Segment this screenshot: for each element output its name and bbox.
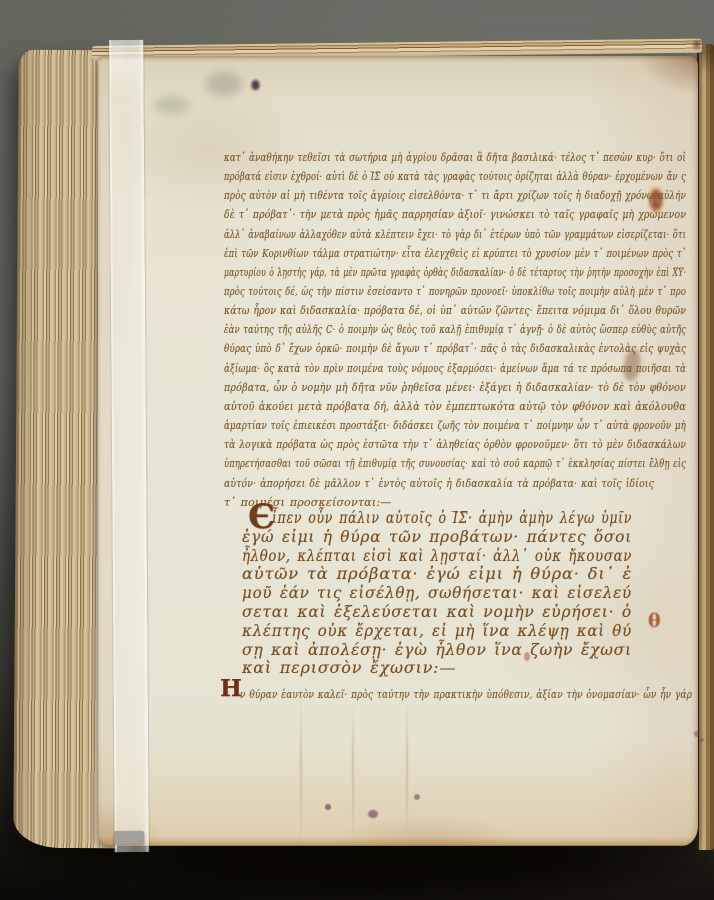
stain-dot xyxy=(325,804,331,810)
marginal-theta-rubric: θ xyxy=(648,610,661,632)
text-line: πρόβατά εἰσιν ἐχθροί· αὐτὶ δὲ ὁ Ι̅Σ̅ οὐ … xyxy=(224,170,686,183)
text-line: μαρτυρίου ὁ λῃστὴς γάρ, τὰ μὲν πρῶτα γρα… xyxy=(224,266,686,279)
text-line: αὐτόν· ἀπορήσει δὲ μᾶλλον τ᾽ ἐντὸς αὐτοῖ… xyxy=(224,477,654,490)
parchment-crease xyxy=(406,698,408,838)
text-line: ν θύραν ἑαυτὸν καλεῖ· πρὸς ταύτην τὴν πρ… xyxy=(240,687,692,701)
parchment-crease xyxy=(300,695,302,845)
text-line: σεται καὶ ἐξελεύσεται καὶ νομὴν εὑρήσει·… xyxy=(242,602,632,621)
ink-stain-purple xyxy=(248,76,263,94)
manuscript-photo: θ κατ᾽ ἀναθήκην τεθεῖσι τὰ σωτήρια μὴ ἀγ… xyxy=(0,0,714,900)
text-line: θύρας ὑπὸ δ᾽ ἔχων ὁρκῶ· ποιμὴν δὲ ἄγων τ… xyxy=(224,342,686,355)
text-line: μοῦ ἐάν τις εἰσέλθῃ, σωθήσεται· καὶ εἰσε… xyxy=(242,583,632,602)
text-line: ἀξίωμα· ὃς κατὰ τὸν πρὶν ποιμένα τοὺς νό… xyxy=(224,362,686,375)
text-line: κάτω ἦρον καὶ διδασκαλία· πρόβατα δέ, οἱ… xyxy=(224,304,686,317)
text-line: αὐτοῦ ἀκούει μετὰ πρόβατα δή, ἀλλὰ τὸν ἐ… xyxy=(224,400,686,413)
text-line: ἶπεν οὖν πάλιν αὐτοῖς ὁ Ι̅Σ̅· ἀμὴν ἀμὴν … xyxy=(272,508,632,527)
text-line: τὰ λογικὰ πρόβατα ὡς πρὸς ἑστῶτα τὴν τ᾽ … xyxy=(224,438,686,451)
text-line: ἐπὶ τῶν Κορινθίων τάλμα στρατιώτην· εἶτα… xyxy=(224,247,686,260)
text-line: ἐὰν ταύτης τῆς αὐλῆς C· ὁ ποιμὴν ὡς θεὸς… xyxy=(224,323,686,336)
stain-dot xyxy=(700,738,704,742)
decorated-initial-eta: Η xyxy=(220,677,242,700)
text-line: πρὸς αὐτὸν αἱ μὴ τιθέντα τοῖς ἀγρίοις εἰ… xyxy=(224,189,686,202)
text-line: κλέπτης οὐκ ἔρχεται, εἰ μὴ ἵνα κλέψῃ καὶ… xyxy=(242,621,632,640)
text-line: καὶ περισσὸν ἔχωσιν:— xyxy=(242,658,456,677)
strap-end-tab xyxy=(114,831,144,844)
smudge-gray xyxy=(206,72,242,96)
text-line: ὑπηρετήσασθαι τοῦ σῶσαι τῇ ἐπιθυμίᾳ τῆς … xyxy=(224,457,686,470)
text-line: αὐτῶν τὰ πρόβατα· ἐγώ εἰμι ἡ θύρα· δι᾽ ἐ xyxy=(242,564,632,583)
text-line: πρόβατα, ὧν ὁ νομὴν μὴ δῆτα νῦν ῥηθεῖσα … xyxy=(224,381,686,394)
transparent-holding-strap xyxy=(109,40,149,852)
stain-dot xyxy=(694,731,699,737)
text-line: ἀλλ᾽ ἀναβαίνων ἀλλαχόθεν αὐτὰ κλέπτειν ἔ… xyxy=(224,228,686,241)
stain-dot xyxy=(368,810,378,818)
text-line: ἦλθον, κλέπται εἰσὶ καὶ λῃσταί· ἀλλ᾽ οὐκ… xyxy=(242,546,632,565)
smudge-green xyxy=(154,96,190,114)
text-line: ἁμαρτίαν τοῖς ἐπιεικέσι προστάξει· διδάσ… xyxy=(224,419,686,432)
text-line: σῃ καὶ ἀπολέσῃ· ἐγὼ ἦλθον ἵνα ζωὴν ἔχωσι xyxy=(242,640,632,659)
parchment-crease xyxy=(352,700,354,845)
text-line: ἐγώ εἰμι ἡ θύρα τῶν προβάτων· πάντες ὅσο… xyxy=(242,527,632,546)
stain-dot xyxy=(414,794,420,800)
text-line: πρὸς τούτοις δέ, ὡς τὴν πίστιν ἐσείσαντο… xyxy=(224,285,686,298)
text-line: κατ᾽ ἀναθήκην τεθεῖσι τὰ σωτήρια μὴ ἀγρί… xyxy=(224,151,686,164)
text-line: δὲ τ᾽ πρόβατ᾽· τὴν μετὰ πρὸς ἡμᾶς παρρησ… xyxy=(224,208,686,221)
